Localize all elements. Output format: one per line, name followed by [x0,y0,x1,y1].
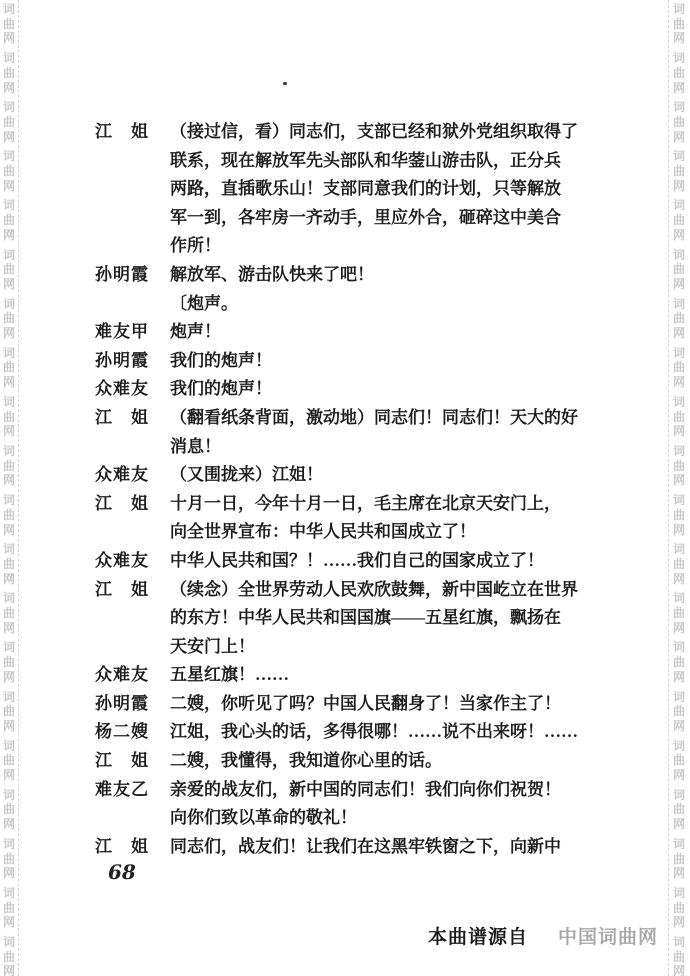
side-watermark-char: 网 [1,473,17,488]
script-dialogue: 江 姐 （接过信，看）同志们，支部已经和狱外党组织取得了联系，现在解放军先头部队… [95,118,595,861]
speech-line: 向全世界宣布：中华人民共和国成立了！ [170,518,595,547]
speech-lines: 解放军、游击队快来了吧！ [170,261,595,290]
side-watermark-char: 曲 [671,901,687,916]
side-watermark-char: 曲 [671,459,687,474]
speech-line: 军一到，各牢房一齐动手，里应外合，砸碎这中美合 [170,204,595,233]
speaker-name: 江 姐 [95,118,170,261]
side-watermark-char: 网 [1,179,17,194]
side-watermark-group: 词曲网 [1,198,17,242]
side-watermark-char: 曲 [671,557,687,572]
side-watermark-char: 网 [1,81,17,96]
side-watermark-char: 曲 [671,802,687,817]
side-watermark-group: 词曲网 [671,788,687,832]
dialogue-entry: 难友甲 炮声！ [95,318,595,347]
side-watermark-char: 曲 [1,606,17,621]
side-watermark-char: 词 [1,248,17,263]
side-watermark-group: 词曲网 [1,149,17,193]
side-watermark-group: 词曲网 [1,837,17,881]
side-watermark-group: 词曲网 [1,346,17,390]
side-watermark-char: 曲 [671,410,687,425]
speaker-name: 难友甲 [95,318,170,347]
speech-lines: 中华人民共和国？！……我们自己的国家成立了！ [170,547,595,576]
side-watermark-char: 网 [671,375,687,390]
side-watermark-char: 曲 [1,262,17,277]
speech-line: 两路，直插歌乐山！支部同意我们的计划，只等解放 [170,175,595,204]
side-watermark-char: 曲 [1,459,17,474]
speaker-name: 江 姐 [95,490,170,547]
side-watermark-group: 词曲网 [671,591,687,635]
speech-line: 同志们，战友们！让我们在这黑牢铁窗之下，向新中 [170,833,595,862]
side-watermark-group: 词曲网 [1,935,17,976]
dialogue-entry: 孙明霞 我们的炮声！ [95,347,595,376]
side-watermark-group: 词曲网 [671,346,687,390]
speech-line: 解放军、游击队快来了吧！ [170,261,595,290]
side-watermark-group: 词曲网 [1,248,17,292]
dialogue-entry: 众难友 我们的炮声！ [95,375,595,404]
side-watermark-char: 曲 [1,360,17,375]
speech-line: 〔炮声。 [170,290,595,319]
side-watermark-group: 词曲网 [1,444,17,488]
source-watermark-prefix: 本曲谱源自 [428,927,528,948]
side-watermark-char: 曲 [671,360,687,375]
side-watermark-group: 词曲网 [671,935,687,976]
side-watermark-char: 曲 [1,66,17,81]
dialogue-entry: 江 姐 （续念）全世界劳动人民欢欣鼓舞，新中国屹立在世界的东方！中华人民共和国国… [95,576,595,662]
speech-line: 亲爱的战友们，新中国的同志们！我们向你们祝贺！ [170,776,595,805]
side-watermark-char: 词 [1,51,17,66]
side-watermark-char: 词 [671,493,687,508]
speech-line: 江姐，我心头的话，多得很哪！……说不出来呀！…… [170,718,595,747]
dialogue-entry: 孙明霞 解放军、游击队快来了吧！ [95,261,595,290]
side-watermark-char: 曲 [671,262,687,277]
side-watermark-group: 词曲网 [1,395,17,439]
speaker-name: 孙明霞 [95,690,170,719]
speech-lines: 我们的炮声！ [170,375,595,404]
side-watermark-char: 词 [1,346,17,361]
side-watermark-char: 网 [671,228,687,243]
side-watermark-char: 曲 [1,508,17,523]
side-watermark-char: 词 [671,149,687,164]
side-watermark-char: 词 [671,591,687,606]
left-dashed-line [18,0,19,976]
side-watermark-char: 词 [1,149,17,164]
side-watermark-char: 词 [671,640,687,655]
side-watermark-char: 网 [671,130,687,145]
side-watermark-char: 曲 [1,213,17,228]
speech-line: 十月一日，今年十月一日，毛主席在北京天安门上， [170,490,595,519]
side-watermark-group: 词曲网 [671,542,687,586]
side-watermark-char: 词 [671,886,687,901]
side-watermark-char: 网 [1,277,17,292]
side-watermark-char: 网 [1,31,17,46]
speech-line: 中华人民共和国？！……我们自己的国家成立了！ [170,547,595,576]
side-watermark-char: 网 [671,473,687,488]
left-watermark-column: 词曲网词曲网词曲网词曲网词曲网词曲网词曲网词曲网词曲网词曲网词曲网词曲网词曲网词… [1,2,17,976]
speaker-name: 江 姐 [95,576,170,662]
side-watermark-char: 网 [671,424,687,439]
side-watermark-char: 曲 [1,802,17,817]
side-watermark-char: 词 [671,51,687,66]
side-watermark-group: 词曲网 [1,2,17,46]
side-watermark-group: 词曲网 [1,493,17,537]
speech-lines: 亲爱的战友们，新中国的同志们！我们向你们祝贺！向你们致以革命的敬礼！ [170,776,595,833]
side-watermark-char: 曲 [671,606,687,621]
speech-lines: （又围拢来）江姐！ [170,461,595,490]
speaker-name: 江 姐 [95,833,170,862]
side-watermark-char: 词 [671,2,687,17]
side-watermark-char: 网 [671,768,687,783]
speaker-name: 江 姐 [95,747,170,776]
speech-lines: 五星红旗！…… [170,661,595,690]
side-watermark-group: 词曲网 [1,640,17,684]
side-watermark-char: 曲 [1,557,17,572]
side-watermark-char: 网 [1,130,17,145]
side-watermark-char: 词 [671,395,687,410]
side-watermark-char: 网 [671,31,687,46]
side-watermark-group: 词曲网 [671,493,687,537]
speech-lines: 炮声！ [170,318,595,347]
side-watermark-char: 词 [671,739,687,754]
side-watermark-char: 词 [1,444,17,459]
side-watermark-char: 词 [1,739,17,754]
dialogue-entry: 众难友 中华人民共和国？！……我们自己的国家成立了！ [95,547,595,576]
right-dashed-line [668,0,669,976]
side-watermark-group: 词曲网 [1,51,17,95]
side-watermark-group: 词曲网 [671,248,687,292]
side-watermark-char: 网 [671,964,687,976]
side-watermark-char: 网 [1,670,17,685]
side-watermark-group: 词曲网 [671,149,687,193]
dialogue-entry: 难友乙 亲爱的战友们，新中国的同志们！我们向你们祝贺！向你们致以革命的敬礼！ [95,776,595,833]
side-watermark-char: 词 [1,591,17,606]
side-watermark-char: 网 [1,719,17,734]
speech-line: 消息！ [170,433,595,462]
speaker-name [95,290,170,319]
speech-lines: 十月一日，今年十月一日，毛主席在北京天安门上，向全世界宣布：中华人民共和国成立了… [170,490,595,547]
side-watermark-group: 词曲网 [1,690,17,734]
side-watermark-char: 曲 [1,17,17,32]
side-watermark-char: 曲 [1,852,17,867]
side-watermark-char: 曲 [1,950,17,965]
speaker-name: 众难友 [95,547,170,576]
side-watermark-group: 词曲网 [671,739,687,783]
dialogue-entry: 江 姐 十月一日，今年十月一日，毛主席在北京天安门上，向全世界宣布：中华人民共和… [95,490,595,547]
side-watermark-char: 曲 [671,950,687,965]
side-watermark-group: 词曲网 [1,788,17,832]
source-watermark-site: 中国词曲网 [558,927,658,948]
speech-line: 五星红旗！…… [170,661,595,690]
side-watermark-char: 词 [671,837,687,852]
side-watermark-char: 曲 [671,66,687,81]
side-watermark-char: 网 [671,523,687,538]
side-watermark-char: 词 [671,690,687,705]
side-watermark-char: 词 [1,493,17,508]
dialogue-entry: 众难友 五星红旗！…… [95,661,595,690]
side-watermark-char: 网 [671,81,687,96]
side-watermark-char: 词 [1,788,17,803]
side-watermark-char: 曲 [671,311,687,326]
side-watermark-char: 网 [671,817,687,832]
speech-line: 二嫂，我懂得，我知道你心里的话。 [170,747,595,776]
side-watermark-char: 词 [1,100,17,115]
side-watermark-char: 曲 [671,164,687,179]
side-watermark-char: 网 [1,621,17,636]
side-watermark-group: 词曲网 [671,690,687,734]
side-watermark-char: 网 [671,621,687,636]
side-watermark-char: 曲 [1,655,17,670]
speech-line: 的东方！中华人民共和国国旗——五星红旗，飘扬在 [170,604,595,633]
side-watermark-group: 词曲网 [671,2,687,46]
speaker-name: 众难友 [95,461,170,490]
speech-lines: 同志们，战友们！让我们在这黑牢铁窗之下，向新中 [170,833,595,862]
side-watermark-char: 词 [671,935,687,950]
side-watermark-char: 词 [671,198,687,213]
side-watermark-char: 网 [1,572,17,587]
side-watermark-char: 词 [1,690,17,705]
side-watermark-group: 词曲网 [1,739,17,783]
side-watermark-char: 网 [1,375,17,390]
speech-lines: 〔炮声。 [170,290,595,319]
speech-line: 二嫂，你听见了吗？中国人民翻身了！当家作主了！ [170,690,595,719]
side-watermark-char: 词 [1,297,17,312]
side-watermark-char: 词 [1,2,17,17]
side-watermark-char: 词 [1,886,17,901]
side-watermark-char: 词 [1,935,17,950]
side-watermark-group: 词曲网 [671,100,687,144]
side-watermark-group: 词曲网 [1,100,17,144]
speech-line: （翻看纸条背面，激动地）同志们！同志们！天大的好 [170,404,595,433]
side-watermark-char: 词 [671,788,687,803]
side-watermark-group: 词曲网 [1,297,17,341]
side-watermark-char: 网 [1,424,17,439]
side-watermark-char: 网 [671,572,687,587]
side-watermark-char: 词 [1,837,17,852]
speech-lines: 我们的炮声！ [170,347,595,376]
page-number: 68 [108,860,136,884]
side-watermark-char: 曲 [671,852,687,867]
right-watermark-column: 词曲网词曲网词曲网词曲网词曲网词曲网词曲网词曲网词曲网词曲网词曲网词曲网词曲网词… [671,2,687,976]
side-watermark-char: 曲 [671,115,687,130]
speech-line: （续念）全世界劳动人民欢欣鼓舞，新中国屹立在世界 [170,576,595,605]
dialogue-entry: 孙明霞 二嫂，你听见了吗？中国人民翻身了！当家作主了！ [95,690,595,719]
side-watermark-char: 曲 [671,753,687,768]
speaker-name: 杨二嫂 [95,718,170,747]
side-watermark-char: 网 [1,915,17,930]
side-watermark-char: 网 [1,326,17,341]
side-watermark-char: 曲 [1,901,17,916]
dialogue-entry: 〔炮声。 [95,290,595,319]
side-watermark-char: 网 [671,179,687,194]
side-watermark-char: 曲 [671,213,687,228]
dialogue-entry: 杨二嫂 江姐，我心头的话，多得很哪！……说不出来呀！…… [95,718,595,747]
side-watermark-char: 词 [1,542,17,557]
side-watermark-char: 词 [671,444,687,459]
side-watermark-char: 曲 [671,704,687,719]
side-watermark-char: 词 [671,346,687,361]
speech-line: 炮声！ [170,318,595,347]
side-watermark-group: 词曲网 [671,837,687,881]
side-watermark-group: 词曲网 [671,886,687,930]
speech-line: （接过信，看）同志们，支部已经和狱外党组织取得了 [170,118,595,147]
side-watermark-char: 曲 [1,311,17,326]
side-watermark-char: 曲 [1,164,17,179]
speaker-name: 江 姐 [95,404,170,461]
side-watermark-char: 网 [1,866,17,881]
dialogue-entry: 江 姐 （接过信，看）同志们，支部已经和狱外党组织取得了联系，现在解放军先头部队… [95,118,595,261]
side-watermark-char: 网 [671,866,687,881]
side-watermark-char: 词 [671,297,687,312]
speaker-name: 孙明霞 [95,261,170,290]
side-watermark-group: 词曲网 [1,542,17,586]
side-watermark-char: 词 [671,100,687,115]
side-watermark-char: 词 [671,248,687,263]
side-watermark-char: 网 [1,817,17,832]
speech-line: 我们的炮声！ [170,347,595,376]
side-watermark-group: 词曲网 [671,297,687,341]
speech-lines: 二嫂，我懂得，我知道你心里的话。 [170,747,595,776]
side-watermark-char: 网 [1,964,17,976]
speech-lines: （续念）全世界劳动人民欢欣鼓舞，新中国屹立在世界的东方！中华人民共和国国旗——五… [170,576,595,662]
side-watermark-char: 网 [671,915,687,930]
side-watermark-char: 曲 [1,704,17,719]
speaker-name: 难友乙 [95,776,170,833]
scanned-script-page: 词曲网词曲网词曲网词曲网词曲网词曲网词曲网词曲网词曲网词曲网词曲网词曲网词曲网词… [0,0,690,976]
side-watermark-char: 曲 [671,17,687,32]
side-watermark-char: 网 [671,719,687,734]
dialogue-entry: 众难友 （又围拢来）江姐！ [95,461,595,490]
side-watermark-group: 词曲网 [671,51,687,95]
side-watermark-group: 词曲网 [671,444,687,488]
side-watermark-char: 曲 [671,655,687,670]
side-watermark-char: 网 [671,670,687,685]
side-watermark-group: 词曲网 [671,395,687,439]
speech-lines: 二嫂，你听见了吗？中国人民翻身了！当家作主了！ [170,690,595,719]
speech-line: 我们的炮声！ [170,375,595,404]
side-watermark-char: 词 [671,542,687,557]
side-watermark-char: 网 [1,768,17,783]
speaker-name: 众难友 [95,375,170,404]
dialogue-entry: 江 姐 同志们，战友们！让我们在这黑牢铁窗之下，向新中 [95,833,595,862]
source-watermark: 本曲谱源自中国词曲网 [428,922,658,949]
side-watermark-char: 词 [1,395,17,410]
side-watermark-char: 网 [1,228,17,243]
side-watermark-char: 网 [671,326,687,341]
speech-line: 天安门上！ [170,633,595,662]
side-watermark-char: 曲 [1,115,17,130]
side-watermark-char: 曲 [1,410,17,425]
side-watermark-char: 词 [1,640,17,655]
speaker-name: 孙明霞 [95,347,170,376]
speech-line: 向你们致以革命的敬礼！ [170,804,595,833]
speech-lines: 江姐，我心头的话，多得很哪！……说不出来呀！…… [170,718,595,747]
speaker-name: 众难友 [95,661,170,690]
side-watermark-char: 曲 [1,753,17,768]
side-watermark-group: 词曲网 [671,640,687,684]
side-watermark-group: 词曲网 [1,591,17,635]
side-watermark-group: 词曲网 [1,886,17,930]
side-watermark-char: 曲 [671,508,687,523]
side-watermark-char: 词 [1,198,17,213]
side-watermark-char: 网 [1,523,17,538]
speech-lines: （接过信，看）同志们，支部已经和狱外党组织取得了联系，现在解放军先头部队和华蓥山… [170,118,595,261]
speech-lines: （翻看纸条背面，激动地）同志们！同志们！天大的好消息！ [170,404,595,461]
speech-line: 联系，现在解放军先头部队和华蓥山游击队，正分兵 [170,147,595,176]
side-watermark-group: 词曲网 [671,198,687,242]
print-speck [283,82,287,85]
speech-line: 作所！ [170,232,595,261]
speech-line: （又围拢来）江姐！ [170,461,595,490]
dialogue-entry: 江 姐 （翻看纸条背面，激动地）同志们！同志们！天大的好消息！ [95,404,595,461]
side-watermark-char: 网 [671,277,687,292]
dialogue-entry: 江 姐 二嫂，我懂得，我知道你心里的话。 [95,747,595,776]
